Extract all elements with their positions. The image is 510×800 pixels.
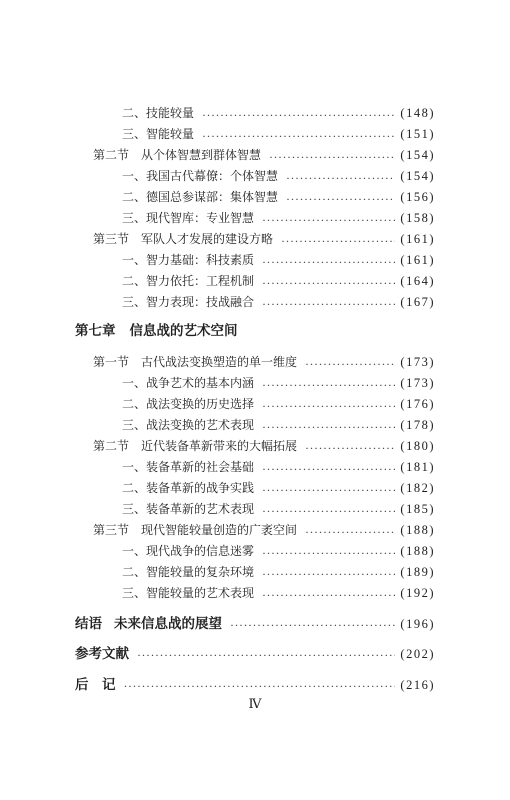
toc-row-sub: 二、德国总参谋部：集体智慧(156) [75,187,435,208]
toc-entry-number: 第二节 [93,145,129,166]
toc-page-number: (161) [400,250,435,271]
dot-leader [262,421,395,433]
toc-row-section: 第二节从个体智慧到群体智慧(154) [75,145,435,166]
toc-row-sub: 二、战法变换的历史选择(176) [75,394,435,415]
toc-row-sub: 一、战争艺术的基本内涵(173) [75,373,435,394]
dot-leader [202,130,395,142]
toc-page-number: (182) [400,478,435,499]
toc-entry-title: 参考文献 [75,643,129,665]
toc-row-sub: 三、智能较量(151) [75,124,435,145]
toc-entry-title: 一、现代战争的信息迷雾 [122,541,254,562]
dot-leader [262,277,395,289]
dot-leader [230,619,395,631]
toc-entry-title: 一、智力基础：科技素质 [122,250,254,271]
toc-page-number: (178) [400,415,435,436]
toc-page-number: (188) [400,520,435,541]
toc-page-number: (176) [400,394,435,415]
toc-page-number: (192) [400,583,435,604]
toc-row-section: 第三节现代智能较量创造的广袤空间(188) [75,520,435,541]
book-toc-page: 二、技能较量(148)三、智能较量(151)第二节从个体智慧到群体智慧(154)… [0,0,510,800]
toc-entry-title: 三、智能较量 [122,124,194,145]
toc-entry-title: 二、装备革新的战争实践 [122,478,254,499]
toc-entry-number: 结语 [75,613,102,635]
toc-row-sub: 二、智能较量的复杂环境(189) [75,562,435,583]
toc-entry-title: 近代装备革新带来的大幅拓展 [141,436,297,457]
toc-row-end: 结语未来信息战的展望(196) [75,613,435,635]
toc-row-sub: 二、装备革新的战争实践(182) [75,478,435,499]
toc-entry-title: 从个体智慧到群体智慧 [141,145,261,166]
toc-entry-title: 三、现代智库：专业智慧 [122,208,254,229]
toc-entry-title: 信息战的艺术空间 [130,320,238,342]
toc-page-number: (189) [400,562,435,583]
toc-page-number: (154) [400,166,435,187]
toc-row-sub: 二、智力依托：工程机制(164) [75,271,435,292]
toc-row-sub: 二、技能较量(148) [75,103,435,124]
toc-entry-number: 第二节 [93,436,129,457]
toc-entry-title: 军队人才发展的建设方略 [141,229,273,250]
toc-entry-title: 三、装备革新的艺术表现 [122,499,254,520]
toc-entry-title: 二、智能较量的复杂环境 [122,562,254,583]
toc-row-sub: 三、智力表现：技战融合(167) [75,292,435,313]
toc-page-number: (173) [400,373,435,394]
toc-entry-title: 三、战法变换的艺术表现 [122,415,254,436]
toc-list: 二、技能较量(148)三、智能较量(151)第二节从个体智慧到群体智慧(154)… [75,103,435,696]
toc-row-sub: 三、战法变换的艺术表现(178) [75,415,435,436]
toc-entry-title: 三、智能较量的艺术表现 [122,583,254,604]
toc-entry-title: 一、装备革新的社会基础 [122,457,254,478]
toc-row-sub: 一、现代战争的信息迷雾(188) [75,541,435,562]
dot-leader [262,256,395,268]
dot-leader [262,400,395,412]
toc-entry-number: 第三节 [93,229,129,250]
toc-page-number: (181) [400,457,435,478]
toc-page-number: (148) [400,103,435,124]
toc-entry-number: 第七章 [75,320,116,342]
dot-leader [262,547,395,559]
footer-page-number: Ⅳ [0,695,510,713]
dot-leader [305,358,395,370]
toc-entry-number: 第三节 [93,520,129,541]
dot-leader [262,505,395,517]
toc-row-section: 第二节近代装备革新带来的大幅拓展(180) [75,436,435,457]
toc-row-sub: 三、智能较量的艺术表现(192) [75,583,435,604]
toc-entry-title: 后 记 [75,674,116,696]
toc-entry-title: 二、智力依托：工程机制 [122,271,254,292]
toc-row-sub: 一、我国古代幕僚：个体智慧(154) [75,166,435,187]
toc-entry-title: 三、智力表现：技战融合 [122,292,254,313]
toc-entry-title: 现代智能较量创造的广袤空间 [141,520,297,541]
dot-leader [305,526,395,538]
toc-row-end: 后 记(216) [75,674,435,696]
dot-leader [137,649,395,661]
dot-leader [262,568,395,580]
toc-row-sub: 一、装备革新的社会基础(181) [75,457,435,478]
toc-row-section: 第一节古代战法变换塑造的单一维度(173) [75,352,435,373]
dot-leader [305,442,395,454]
toc-page-number: (156) [400,187,435,208]
dot-leader [202,109,395,121]
toc-page-number: (161) [400,229,435,250]
toc-page-number: (164) [400,271,435,292]
toc-entry-title: 一、战争艺术的基本内涵 [122,373,254,394]
toc-entry-title: 未来信息战的展望 [114,613,222,635]
toc-entry-title: 二、战法变换的历史选择 [122,394,254,415]
dot-leader [262,298,395,310]
dot-leader [262,463,395,475]
dot-leader [262,379,395,391]
dot-leader [124,680,396,692]
toc-page-number: (185) [400,499,435,520]
dot-leader [262,589,395,601]
toc-row-sub: 一、智力基础：科技素质(161) [75,250,435,271]
dot-leader [286,193,395,205]
toc-row-section: 第三节军队人才发展的建设方略(161) [75,229,435,250]
toc-page-number: (188) [400,541,435,562]
toc-entry-number: 第一节 [93,352,129,373]
toc-page-number: (173) [400,352,435,373]
toc-entry-title: 二、德国总参谋部：集体智慧 [122,187,278,208]
dot-leader [262,214,395,226]
toc-page-number: (158) [400,208,435,229]
toc-entry-title: 二、技能较量 [122,103,194,124]
dot-leader [269,151,395,163]
toc-page-number: (167) [400,292,435,313]
toc-entry-title: 一、我国古代幕僚：个体智慧 [122,166,278,187]
dot-leader [262,484,395,496]
toc-row-end: 参考文献(202) [75,643,435,665]
toc-page-number: (216) [400,674,435,696]
toc-page-number: (180) [400,436,435,457]
toc-page-number: (154) [400,145,435,166]
dot-leader [281,235,395,247]
toc-row-sub: 三、现代智库：专业智慧(158) [75,208,435,229]
toc-row-sub: 三、装备革新的艺术表现(185) [75,499,435,520]
toc-page-number: (196) [400,613,435,635]
toc-row-chapter: 第七章信息战的艺术空间 [75,320,435,342]
dot-leader [286,172,395,184]
toc-page-number: (202) [400,643,435,665]
toc-entry-title: 古代战法变换塑造的单一维度 [141,352,297,373]
toc-page-number: (151) [400,124,435,145]
